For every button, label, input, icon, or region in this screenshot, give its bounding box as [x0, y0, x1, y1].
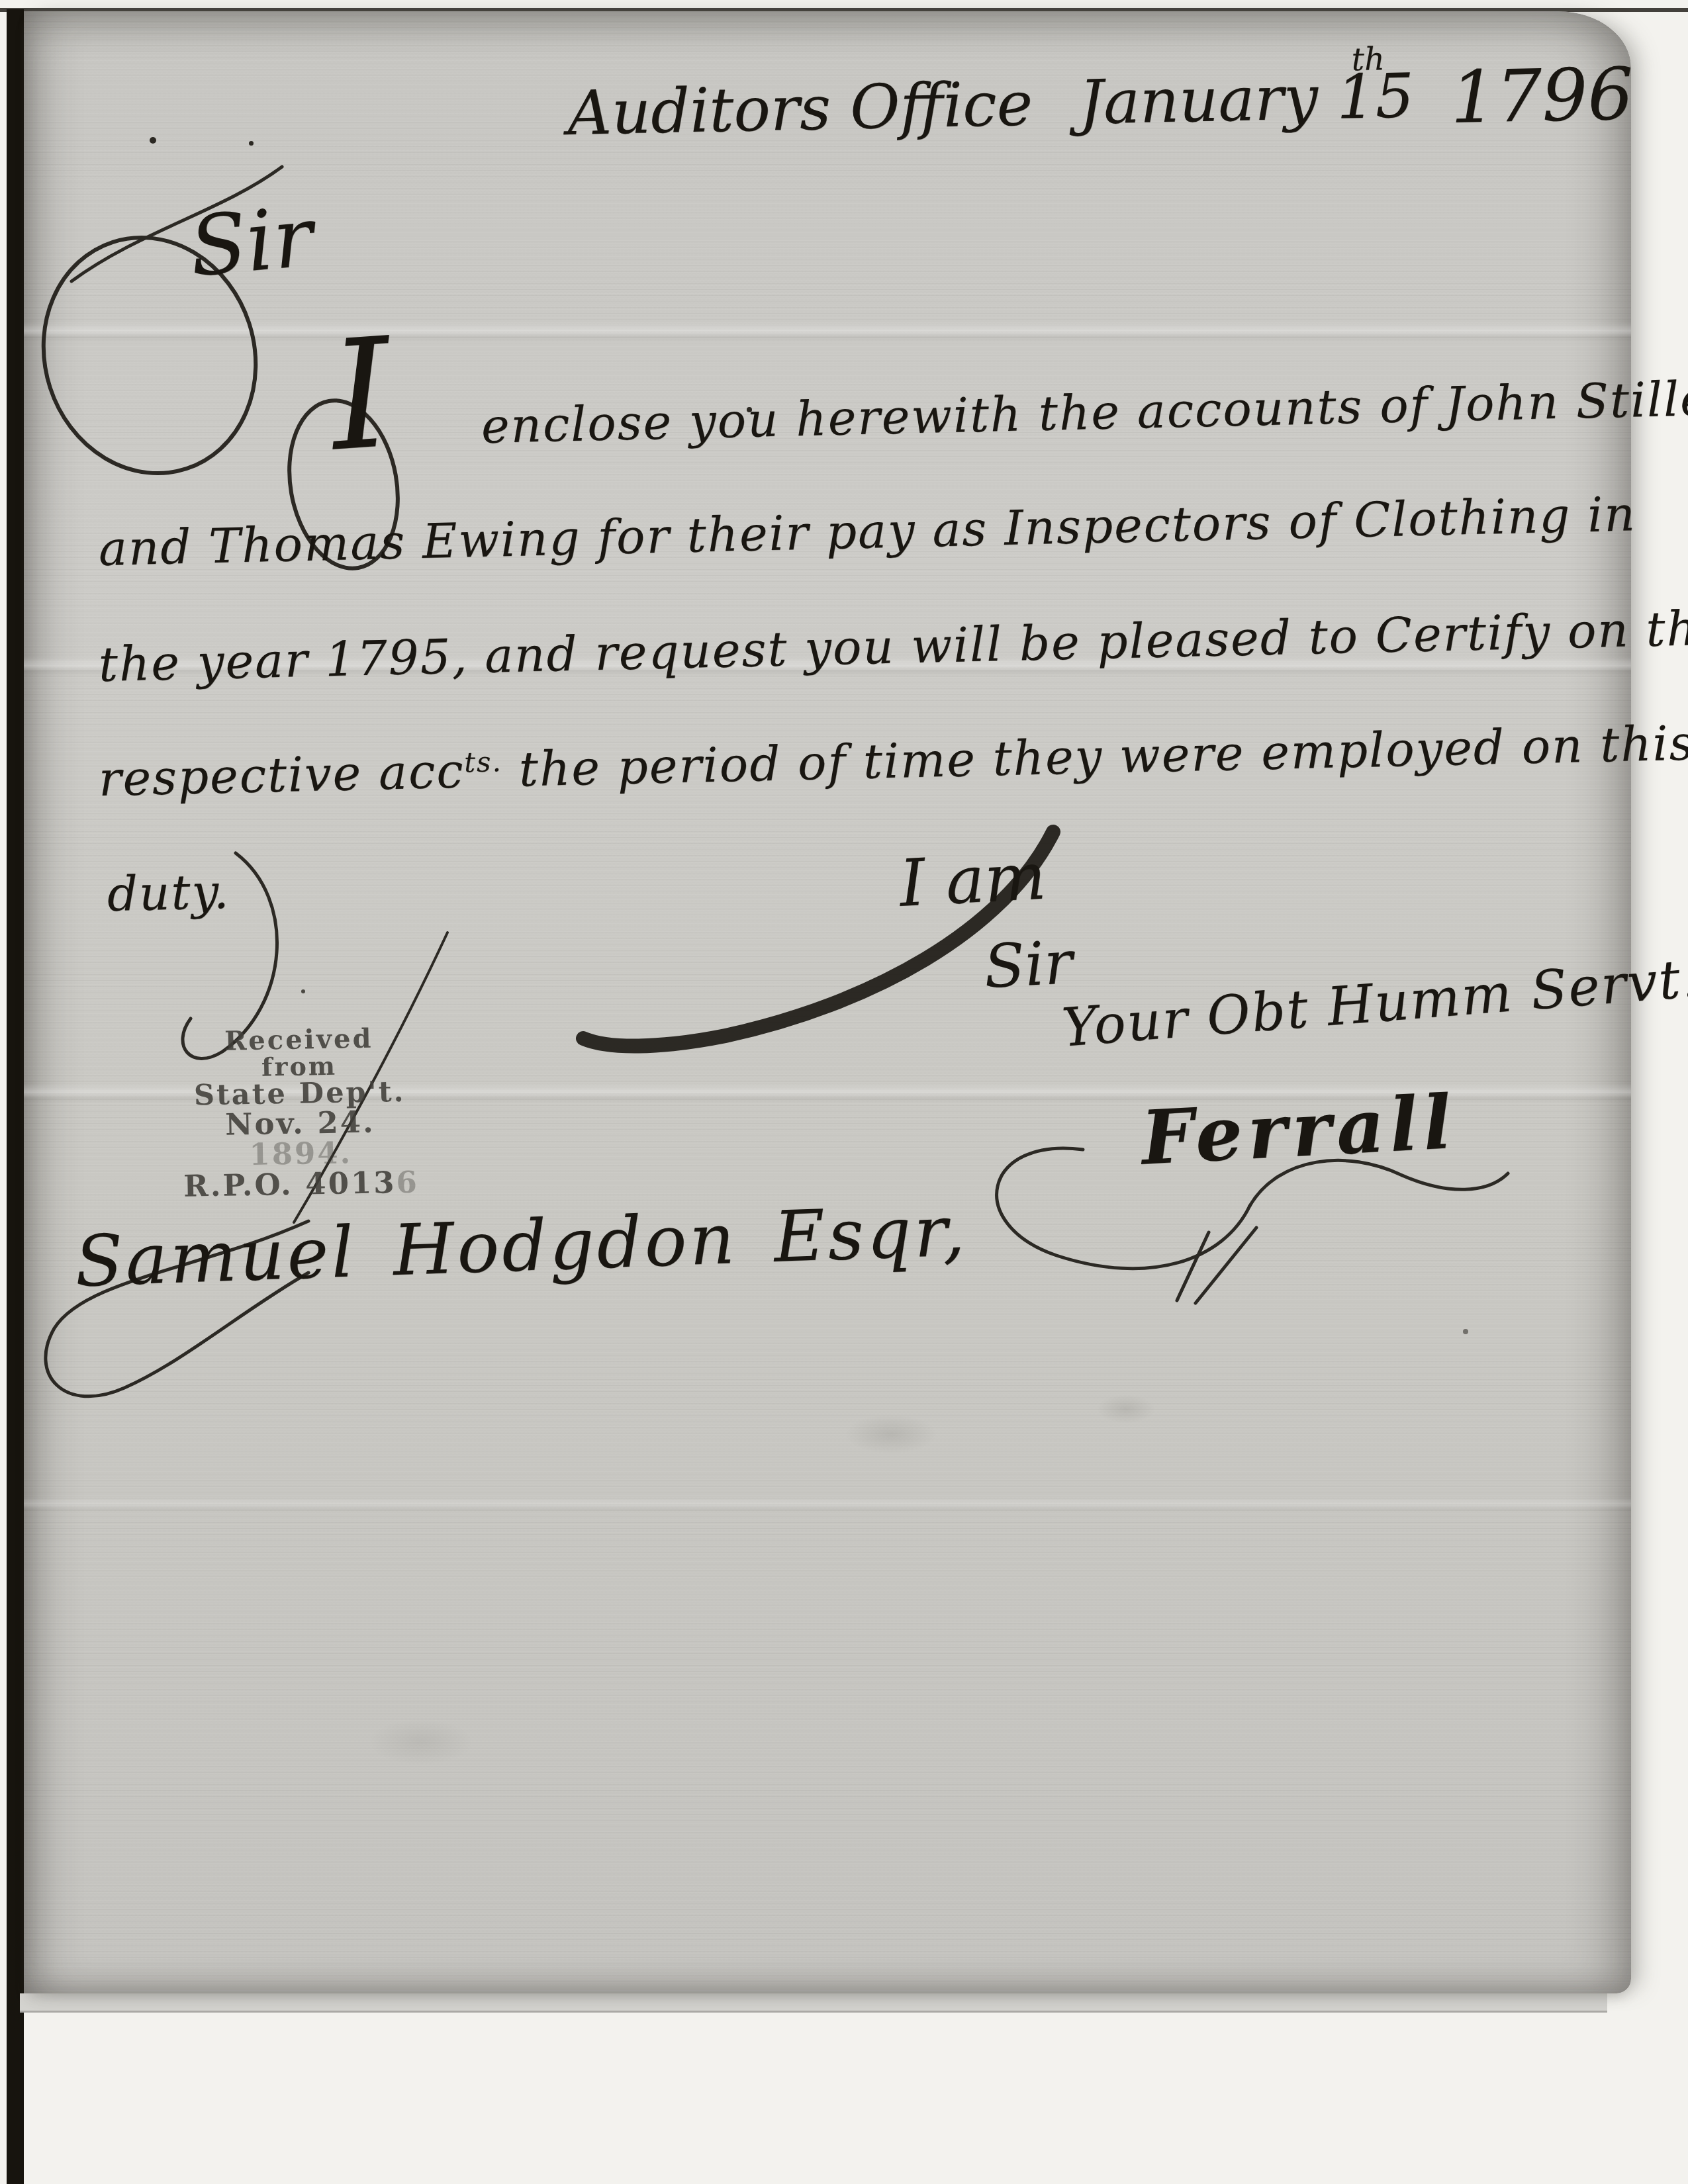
addressee: Samuel Hodgdon Esqr, [73, 1190, 968, 1302]
ink-speck [249, 141, 254, 146]
signature: Ferrall [1139, 1079, 1459, 1182]
signature-underscore-mark [1177, 1228, 1256, 1303]
stamp-line-5: R.P.O. 40136 [175, 1167, 428, 1203]
closing-sir: Sir [982, 928, 1074, 1002]
paper-smudge [368, 1719, 474, 1765]
body-line-2: and Thomas Ewing for their pay as Inspec… [98, 486, 1637, 576]
paper-smudge [1096, 1394, 1156, 1424]
paper-crease [24, 1497, 1631, 1513]
scanned-letter-canvas: Auditors OfficeJanuaryth151796 Sir I enc… [0, 0, 1688, 2184]
office-name: Auditors Office [567, 68, 1033, 149]
ink-speck [1463, 1329, 1468, 1334]
date-month: January [1078, 62, 1319, 138]
body-line-4-superscript: ts. [464, 745, 503, 778]
stamp-line-4: Nov. 24. 1894. [174, 1107, 427, 1171]
date-year: 1796 [1450, 52, 1634, 140]
body-line-4: respective accts. the period of time the… [98, 715, 1688, 807]
body-line-3: the year 1795, and request you will be p… [98, 599, 1688, 692]
ink-speck [150, 137, 156, 144]
ink-speck [301, 989, 305, 993]
stamp-number-faint: 6 [396, 1165, 419, 1201]
under-sheet-edge [20, 1993, 1607, 2013]
body-line-4-post: the period of time they were employed on… [518, 715, 1688, 797]
paper-crease [24, 322, 1631, 342]
dateline: Auditors OfficeJanuaryth151796 [567, 45, 1634, 152]
closing-i-am: I am [898, 839, 1048, 921]
date-day: th15 [1336, 60, 1415, 132]
body-line-4-pre: respective acc [98, 743, 465, 807]
salutation: Sir [186, 189, 316, 296]
date-day-suffix: th [1351, 41, 1385, 78]
scanner-edge-bar [7, 9, 24, 2184]
closing-service-line: Your Obt Humm Servt. [1060, 947, 1688, 1058]
ink-speck [747, 407, 752, 412]
body-line-5: duty. [107, 864, 230, 922]
letter-page: Auditors OfficeJanuaryth151796 Sir I enc… [24, 11, 1631, 1993]
body-initial-capital: I [325, 305, 397, 485]
body-line-1: enclose you herewith the accounts of Joh… [481, 371, 1688, 454]
received-stamp: Received from State Dep't. Nov. 24. 1894… [173, 1024, 427, 1202]
stamp-date-faint: 1894. [249, 1136, 353, 1173]
paper-smudge [845, 1414, 937, 1454]
